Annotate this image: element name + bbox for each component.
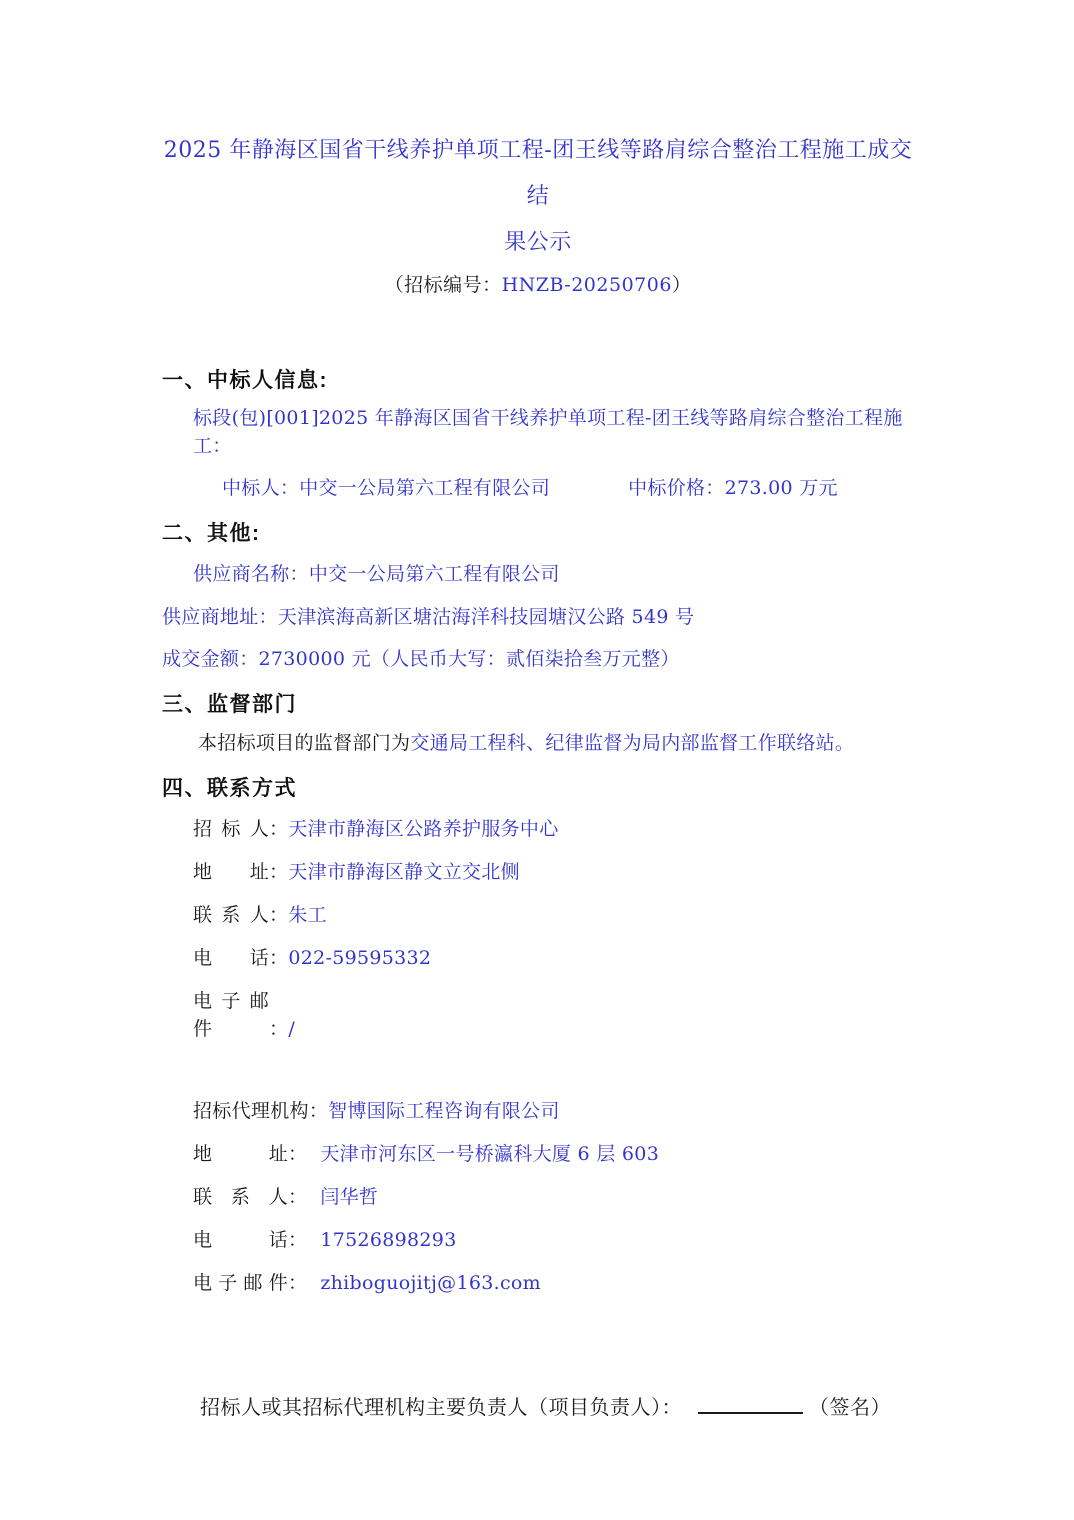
- agency-row: 招标代理机构：智博国际工程咨询有限公司: [193, 1097, 914, 1125]
- supervision-line: 本招标项目的监督部门为交通局工程科、纪律监督为局内部监督工作联络站。: [198, 729, 914, 757]
- colon: ：: [288, 1186, 307, 1208]
- agency-contact-row: 联系人：闫华哲: [193, 1183, 914, 1211]
- supplier-name-value: 中交一公局第六工程有限公司: [309, 563, 560, 585]
- tenderer-phone-row: 电话：022-59595332: [193, 944, 914, 972]
- agency-phone-row: 电话：17526898293: [193, 1226, 914, 1254]
- address-value: 天津市河东区一号桥瀛科大厦 6 层 603: [320, 1143, 659, 1165]
- agency-email-row: 电子邮件：zhiboguojitj@163.com: [193, 1269, 914, 1297]
- phone-label: 电话: [193, 944, 269, 972]
- section-heading-supervision: 三、监督部门: [162, 690, 914, 720]
- deal-amount-value: 2730000 元（人民币大写：贰佰柒拾叁万元整）: [259, 648, 680, 670]
- supervision-text: 本招标项目的监督部门为: [198, 732, 410, 754]
- colon: ：: [269, 861, 288, 883]
- email-label: 电子邮件: [193, 1269, 288, 1297]
- colon: ：: [288, 1229, 307, 1251]
- contact-person-label: 联系人: [193, 901, 269, 929]
- winner-value: 中交一公局第六工程有限公司: [299, 477, 550, 499]
- signature-blank-underline: [698, 1390, 803, 1414]
- email-value: /: [288, 1018, 295, 1040]
- lot-line: 标段(包)[001]2025 年静海区国省干线养护单项工程-团王线等路肩综合整治…: [193, 404, 914, 460]
- signature-prefix: 招标人或其招标代理机构主要负责人（项目负责人）：: [200, 1395, 682, 1419]
- email-label: 电子邮件: [193, 987, 269, 1043]
- tender-number-prefix: （招标编号：: [385, 274, 502, 296]
- agency-address-row: 地址：天津市河东区一号桥瀛科大厦 6 层 603: [193, 1140, 914, 1168]
- tenderer-label: 招标人: [193, 815, 269, 843]
- title-line-1: 2025 年静海区国省干线养护单项工程-团王线等路肩综合整治工程施工成交结: [162, 128, 914, 220]
- supervision-departments: 交通局工程科、纪律监督为局内部监督工作联络站。: [410, 732, 854, 754]
- price-value: 273.00 万元: [725, 477, 838, 499]
- signature-line: 招标人或其招标代理机构主要负责人（项目负责人）：（签名）: [162, 1390, 914, 1422]
- email-value: zhiboguojitj@163.com: [320, 1272, 541, 1294]
- colon: ：: [288, 1143, 307, 1165]
- section-heading-other: 二、其他:: [162, 519, 914, 549]
- contact-person-label: 联系人: [193, 1183, 288, 1211]
- supplier-address-value: 天津滨海高新区塘沽海洋科技园塘汉公路 549 号: [278, 606, 695, 628]
- colon: ：: [269, 947, 288, 969]
- document-page: 2025 年静海区国省干线养护单项工程-团王线等路肩综合整治工程施工成交结 果公…: [0, 0, 1074, 1520]
- agency-value: 智博国际工程咨询有限公司: [328, 1100, 560, 1122]
- colon: ：: [288, 1272, 307, 1294]
- contact-person-value: 闫华哲: [320, 1186, 378, 1208]
- colon: ：: [309, 1100, 328, 1122]
- tenderer-row: 招标人：天津市静海区公路养护服务中心: [193, 815, 914, 843]
- tender-number-code: HNZB-20250706: [502, 274, 672, 296]
- signature-suffix: （签名）: [809, 1395, 891, 1419]
- price-label: 中标价格：: [628, 477, 725, 499]
- tender-number-line: （招标编号：HNZB-20250706）: [162, 270, 914, 300]
- colon: ：: [269, 1018, 288, 1040]
- tenderer-contact-row: 联系人：朱工: [193, 901, 914, 929]
- address-label: 地址: [193, 858, 269, 886]
- supplier-name-label: 供应商名称：: [193, 563, 309, 585]
- agency-label: 招标代理机构: [193, 1100, 309, 1122]
- section-heading-winner-info: 一、中标人信息:: [162, 366, 914, 396]
- colon: ：: [269, 904, 288, 926]
- tenderer-address-row: 地址：天津市静海区静文立交北侧: [193, 858, 914, 886]
- document-title: 2025 年静海区国省干线养护单项工程-团王线等路肩综合整治工程施工成交结 果公…: [162, 128, 914, 266]
- contact-person-value: 朱工: [288, 904, 327, 926]
- address-label: 地址: [193, 1140, 288, 1168]
- phone-label: 电话: [193, 1226, 288, 1254]
- supplier-address-label: 供应商地址：: [162, 606, 278, 628]
- phone-value: 17526898293: [320, 1229, 456, 1251]
- tender-number-suffix: ）: [672, 274, 692, 296]
- section-heading-contact: 四、联系方式: [162, 774, 914, 804]
- title-line-2: 果公示: [162, 220, 914, 266]
- deal-amount-label: 成交金额：: [162, 648, 259, 670]
- deal-amount-row: 成交金额：2730000 元（人民币大写：贰佰柒拾叁万元整）: [162, 645, 914, 673]
- tenderer-email-row: 电子邮件：/: [193, 987, 914, 1043]
- address-value: 天津市静海区静文立交北侧: [288, 861, 520, 883]
- winner-line: 中标人：中交一公局第六工程有限公司中标价格：273.00 万元: [222, 474, 914, 502]
- winner-label: 中标人：: [222, 477, 299, 499]
- colon: ：: [269, 818, 288, 840]
- supplier-name-row: 供应商名称：中交一公局第六工程有限公司: [193, 560, 914, 588]
- supplier-address-row: 供应商地址：天津滨海高新区塘沽海洋科技园塘汉公路 549 号: [162, 603, 914, 631]
- tenderer-value: 天津市静海区公路养护服务中心: [288, 818, 558, 840]
- phone-value: 022-59595332: [288, 947, 431, 969]
